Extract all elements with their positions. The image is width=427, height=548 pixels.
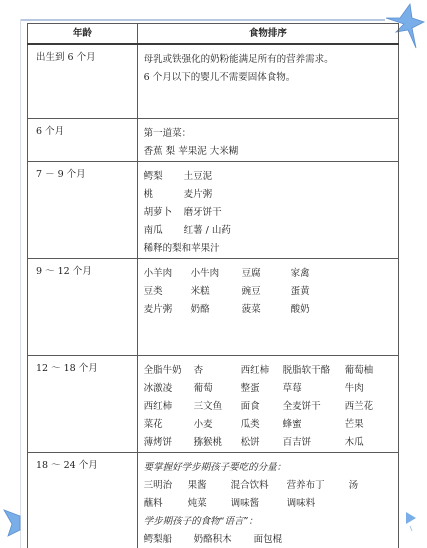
food-item: 冰激凌: [144, 384, 194, 394]
food-item: 南瓜: [144, 226, 184, 236]
food-item: 磨牙饼干: [184, 208, 222, 218]
food-line: 第一道菜：: [144, 125, 398, 143]
food-item: 调味酱: [231, 499, 287, 509]
infant-food-schedule-table: 年龄 食物排序 出生到 6 个月 母乳或铁强化的奶粉能满足所有的营养需求。 6 …: [27, 23, 399, 548]
food-cell: 全脂牛奶 杏 西红柿 脱脂软干酪 葡萄柚 冰激凌 葡萄 整蛋 草莓 牛肉 西红柿…: [137, 355, 398, 452]
food-item: 蛋黄: [291, 287, 310, 297]
food-line: 鳄梨 土豆泥: [144, 168, 398, 186]
food-item: 鳄梨船: [144, 535, 194, 545]
food-item: 西兰花: [345, 402, 374, 412]
food-line: 菜花 小麦 瓜类 蜂蜜 芒果: [144, 416, 398, 434]
food-section-heading: 学步期孩子的食物“语言”：: [144, 513, 398, 531]
food-item: 奶酪: [191, 305, 242, 315]
page-frame-left-edge: [20, 19, 21, 548]
food-item: 杏: [194, 366, 241, 376]
food-cell: 小羊肉 小牛肉 豆腐 家禽 豆类 米糕 豌豆 蛋黄 麦片粥 奶酪 菠菜 酸奶: [137, 258, 398, 355]
food-item: 菜花: [144, 420, 194, 430]
food-item: 蜂蜜: [283, 420, 345, 430]
food-item: 西红柿: [144, 402, 194, 412]
food-item: 葡萄柚: [345, 366, 374, 376]
food-line: 蘸料 炖菜 调味酱 调味料: [144, 495, 398, 513]
food-item: 鳄梨: [144, 172, 184, 182]
food-item: 西红柿: [241, 366, 283, 376]
food-cell: 母乳或铁强化的奶粉能满足所有的营养需求。 6 个月以下的婴儿不需要固体食物。: [137, 44, 398, 118]
food-line: 稀释的梨和苹果汁: [144, 240, 398, 258]
food-item: 草莓: [283, 384, 345, 394]
food-item: 面包棍: [254, 535, 283, 545]
food-item: 全脂牛奶: [144, 366, 194, 376]
section-heading-text: 学步期孩子的食物“语言”：: [144, 517, 258, 527]
food-cell: 鳄梨 土豆泥 桃 麦片粥 胡萝卜 磨牙饼干 南瓜 红薯 / 山药 稀释的梨和苹果…: [137, 161, 398, 258]
food-item: 家禽: [291, 269, 310, 279]
food-item: 桃: [144, 190, 184, 200]
food-item: 整蛋: [241, 384, 283, 394]
food-line: 母乳或铁强化的奶粉能满足所有的营养需求。: [144, 51, 398, 69]
food-item: 蘸料: [144, 499, 188, 509]
food-item: 汤: [349, 481, 359, 491]
food-item: 果酱: [188, 481, 231, 491]
food-item: 全麦饼干: [283, 402, 345, 412]
table-row: 7 － 9 个月 鳄梨 土豆泥 桃 麦片粥 胡萝卜 磨牙饼干 南瓜 红薯 / 山…: [28, 161, 399, 258]
food-line: 西红柿 三文鱼 面食 全麦饼干 西兰花: [144, 398, 398, 416]
column-header-food-order: 食物排序: [137, 24, 398, 45]
food-item: 麦片粥: [144, 305, 191, 315]
food-line: 6 个月以下的婴儿不需要固体食物。: [144, 69, 398, 87]
table-row: 12 ～ 18 个月 全脂牛奶 杏 西红柿 脱脂软干酪 葡萄柚 冰激凌 葡萄 整…: [28, 355, 399, 452]
section-heading-text: 要掌握好学步期孩子要吃的分量：: [144, 463, 287, 473]
food-line: 桃 麦片粥: [144, 186, 398, 204]
food-item: 麦片粥: [184, 190, 213, 200]
food-item: 葡萄: [194, 384, 241, 394]
food-item: 芒果: [345, 420, 364, 430]
food-item: 豌豆: [242, 287, 291, 297]
food-line: 胡萝卜 磨牙饼干: [144, 204, 398, 222]
food-item: 营养布丁: [287, 481, 349, 491]
food-line: 冰激凌 葡萄 整蛋 草莓 牛肉: [144, 380, 398, 398]
food-line: 三明治 果酱 混合饮料 营养布丁 汤: [144, 477, 398, 495]
age-cell: 18 ～ 24 个月: [28, 452, 138, 548]
food-item: 稀释的梨和苹果汁: [144, 244, 220, 254]
food-line: 豆类 米糕 豌豆 蛋黄: [144, 283, 398, 301]
star-decoration-icon: [2, 508, 22, 538]
page-frame-top-edge: [20, 19, 385, 21]
food-item: 奶酪积木: [194, 535, 254, 545]
food-item: 薄烤饼: [144, 438, 194, 448]
age-cell: 6 个月: [28, 118, 138, 161]
food-item: 土豆泥: [184, 172, 213, 182]
food-item: 红薯 / 山药: [184, 226, 231, 236]
food-item: 小羊肉: [144, 269, 191, 279]
food-item: 混合饮料: [231, 481, 287, 491]
food-item: 面食: [241, 402, 283, 412]
food-text: 母乳或铁强化的奶粉能满足所有的营养需求。: [144, 55, 334, 65]
food-item: 猕猴桃: [194, 438, 241, 448]
food-item: 酸奶: [291, 305, 310, 315]
food-line: 麦片粥 奶酪 菠菜 酸奶: [144, 301, 398, 319]
star-decoration-icon: [404, 510, 418, 532]
food-section-heading: 要掌握好学步期孩子要吃的分量：: [144, 459, 398, 477]
food-item: 菠菜: [242, 305, 291, 315]
food-line: 南瓜 红薯 / 山药: [144, 222, 398, 240]
food-item: 炖菜: [188, 499, 231, 509]
table-row: 18 ～ 24 个月 要掌握好学步期孩子要吃的分量： 三明治 果酱 混合饮料 营…: [28, 452, 399, 548]
food-line: 全脂牛奶 杏 西红柿 脱脂软干酪 葡萄柚: [144, 362, 398, 380]
food-line: 鳄梨船 奶酪积木 面包棍: [144, 531, 398, 548]
age-cell: 出生到 6 个月: [28, 44, 138, 118]
age-cell: 9 ～ 12 个月: [28, 258, 138, 355]
food-item: 小麦: [194, 420, 241, 430]
food-item: 小牛肉: [191, 269, 242, 279]
age-cell: 12 ～ 18 个月: [28, 355, 138, 452]
table-row: 出生到 6 个月 母乳或铁强化的奶粉能满足所有的营养需求。 6 个月以下的婴儿不…: [28, 44, 399, 118]
food-item: 木瓜: [345, 438, 364, 448]
food-cell: 要掌握好学步期孩子要吃的分量： 三明治 果酱 混合饮料 营养布丁 汤 蘸料 炖菜…: [137, 452, 398, 548]
table-header-row: 年龄 食物排序: [28, 24, 399, 45]
food-text: 香蕉 梨 苹果泥 大米糊: [144, 147, 239, 157]
food-item: 脱脂软干酪: [283, 366, 345, 376]
food-item: 三明治: [144, 481, 188, 491]
food-item: 牛肉: [345, 384, 364, 394]
food-item: 米糕: [191, 287, 242, 297]
food-item: 调味料: [287, 499, 316, 509]
food-line: 薄烤饼 猕猴桃 松饼 百吉饼 木瓜: [144, 434, 398, 452]
age-cell: 7 － 9 个月: [28, 161, 138, 258]
food-item: 三文鱼: [194, 402, 241, 412]
food-item: 松饼: [241, 438, 283, 448]
food-cell: 第一道菜： 香蕉 梨 苹果泥 大米糊: [137, 118, 398, 161]
food-item: 瓜类: [241, 420, 283, 430]
food-text: 第一道菜：: [144, 129, 192, 139]
food-line: 香蕉 梨 苹果泥 大米糊: [144, 143, 398, 161]
table-row: 9 ～ 12 个月 小羊肉 小牛肉 豆腐 家禽 豆类 米糕 豌豆 蛋黄 麦片粥 …: [28, 258, 399, 355]
food-item: 豆腐: [242, 269, 291, 279]
food-item: 胡萝卜: [144, 208, 184, 218]
column-header-age: 年龄: [28, 24, 138, 45]
food-item: 豆类: [144, 287, 191, 297]
food-item: 百吉饼: [283, 438, 345, 448]
food-line: 小羊肉 小牛肉 豆腐 家禽: [144, 265, 398, 283]
food-text: 6 个月以下的婴儿不需要固体食物。: [144, 73, 296, 83]
table-row: 6 个月 第一道菜： 香蕉 梨 苹果泥 大米糊: [28, 118, 399, 161]
